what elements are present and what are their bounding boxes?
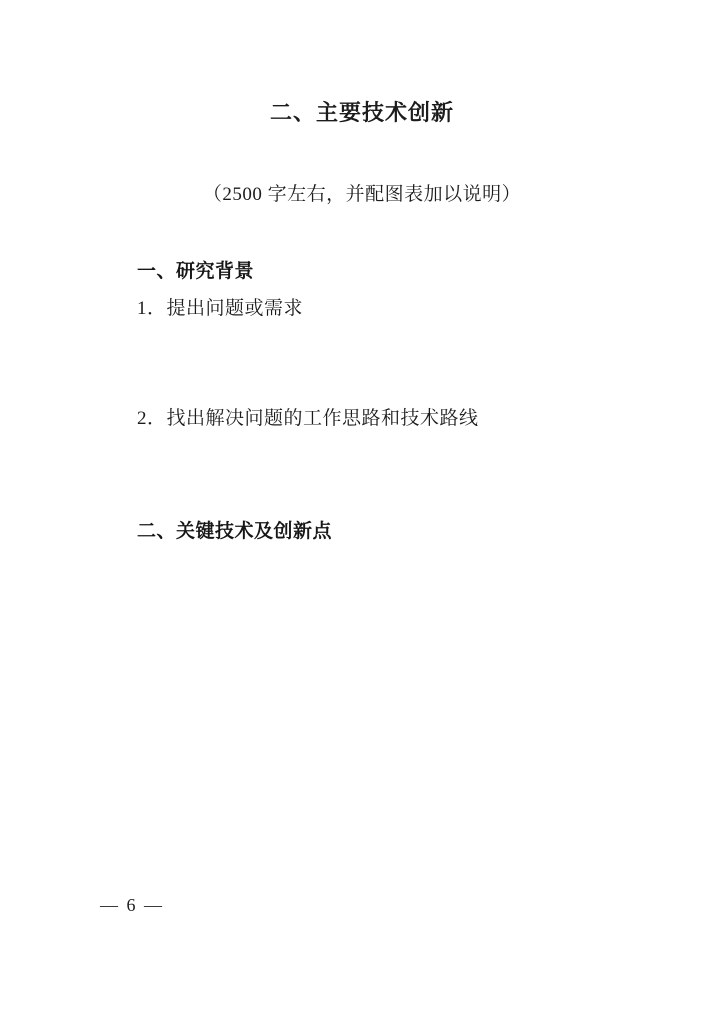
document-page: 二、主要技术创新 （2500 字左右，并配图表加以说明） 一、研究背景 1．提出… [0,0,724,1024]
section-heading-key-technology: 二、关键技术及创新点 [137,516,332,543]
subtitle-note: （2500 字左右，并配图表加以说明） [0,179,724,206]
section-heading-research-background: 一、研究背景 [137,256,254,283]
list-item-1: 1．提出问题或需求 [137,293,303,320]
page-number-footer: — 6 — [100,895,164,916]
list-item-2: 2．找出解决问题的工作思路和技术路线 [137,403,479,430]
page-title: 二、主要技术创新 [0,96,724,127]
